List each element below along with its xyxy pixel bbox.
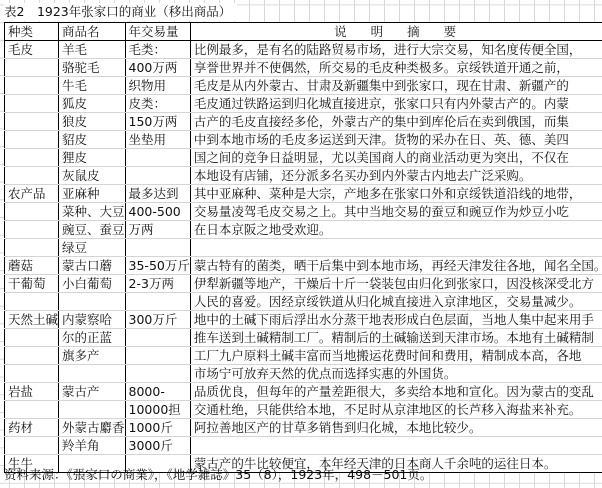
cell-volume: 8000- (125, 383, 190, 401)
cell-product: 外蒙古麝香 (59, 419, 126, 437)
table-row: 10000担交通杜绝，只能供给本地，不足时从京津地区的长芦移入海盐来补充。 (5, 401, 602, 419)
cell-category: 干葡萄 (5, 275, 59, 293)
table-row: 蘑菇蒙古口蘑35-50万斤蒙古特有的菌类，晒干后集中到本地市场，再经天津发往各地… (5, 257, 602, 275)
cell-description: 品质优良，但每年的产量差距很大，多卖给本地和宣化。因为蒙古的变乱 (190, 383, 602, 401)
cell-product (59, 365, 126, 383)
cell-volume (125, 347, 190, 365)
header-product: 商品名 (59, 23, 126, 41)
cell-description (190, 239, 602, 257)
cell-category (5, 167, 59, 185)
cell-product: 小白葡萄 (59, 275, 126, 293)
cell-product: 蒙古产 (59, 383, 126, 401)
cell-product: 尔的正蓝 (59, 329, 126, 347)
table-row: 狸皮国之间的竞争日益明显，尤以美国商人的商业活动更为突出，不仅在 (5, 149, 602, 167)
cell-volume: 织物用 (125, 77, 190, 95)
cell-category: 蘑菇 (5, 257, 59, 275)
cell-volume: 3000斤 (125, 437, 190, 455)
cell-category (5, 77, 59, 95)
cell-category: 药材 (5, 419, 59, 437)
table-title: 表2 1923年张家口的商业（移出商品） (4, 3, 237, 21)
cell-description: 交易量凌驾毛皮交易之上。其中当地交易的蚕豆和豌豆作为炒豆小吃 (190, 203, 602, 221)
cell-volume: 坐垫用 (125, 131, 190, 149)
cell-product: 貂皮 (59, 131, 126, 149)
table-row: 岩盐蒙古产8000-品质优良，但每年的产量差距很大，多卖给本地和宣化。因为蒙古的… (5, 383, 602, 401)
cell-category (5, 203, 59, 221)
cell-volume: 1000斤 (125, 419, 190, 437)
table-row: 天然土碱内蒙察哈300万斤地中的土碱下雨后浮出水分蒸干地表形成白色层面，当地人集… (5, 311, 602, 329)
cell-description: 推车送到土碱精制工厂。精制后的土碱输送到天津市场。本地有土碱精制 (190, 329, 602, 347)
cell-volume: 毛类： (125, 41, 190, 59)
table-row: 人民的喜爱。因经京绥铁道从归化城直接进入京津地区，交易量减少。 (5, 293, 602, 311)
cell-product: 亚麻种 (59, 185, 126, 203)
cell-category (5, 221, 59, 239)
table-row: 貂皮坐垫用中到本地市场的毛皮多运送到天津。货物的采办在日、英、德、美四 (5, 131, 602, 149)
cell-product (59, 401, 126, 419)
table-row: 干葡萄小白葡萄2-3万两伊犁新疆等地产，干燥后十斤一袋装包由归化到张家口，因没核… (5, 275, 602, 293)
cell-description (190, 437, 602, 455)
cell-category (5, 59, 59, 77)
table-row: 骆驼毛400万两享誉世界并不使偶然，所交易的毛皮种类极多。京绥铁道开通之前， (5, 59, 602, 77)
table-row: 狼皮150万两古产的毛皮直接经多伦，外蒙古产的集中到库伦后在卖到俄国，而集 (5, 113, 602, 131)
cell-category: 毛皮 (5, 41, 59, 59)
cell-category (5, 347, 59, 365)
cell-description: 蒙古特有的菌类，晒干后集中到本地市场，再经天津发往各地，闻名全国。 (190, 257, 602, 275)
table-row: 羚羊角3000斤 (5, 437, 602, 455)
cell-volume: 35-50万斤 (125, 257, 190, 275)
cell-product: 羊毛 (59, 41, 126, 59)
cell-description: 市场宁可放弃天然的优点而选择实惠的外国货。 (190, 365, 602, 383)
table-row: 豌豆、蚕豆万两在日本京阪之地受欢迎。 (5, 221, 602, 239)
cell-product: 菜种、大豆 (59, 203, 126, 221)
cell-volume: 万两 (125, 221, 190, 239)
cell-volume: 400万两 (125, 59, 190, 77)
header-category: 种类 (5, 23, 59, 41)
cell-product: 蒙古口蘑 (59, 257, 126, 275)
cell-product: 灰鼠皮 (59, 167, 126, 185)
cell-description: 国之间的竞争日益明显，尤以美国商人的商业活动更为突出，不仅在 (190, 149, 602, 167)
cell-volume (125, 149, 190, 167)
cell-category: 农产品 (5, 185, 59, 203)
cell-product: 狸皮 (59, 149, 126, 167)
cell-category (5, 401, 59, 419)
cell-category (5, 149, 59, 167)
cell-description: 交通杜绝，只能供给本地，不足时从京津地区的长芦移入海盐来补充。 (190, 401, 602, 419)
commerce-table: 种类 商品名 年交易量 说 明 摘 要 毛皮羊毛毛类：比例最多，是有名的陆路贸易… (4, 22, 602, 473)
table-row: 绿豆 (5, 239, 602, 257)
cell-product: 狐皮 (59, 95, 126, 113)
cell-description: 中到本地市场的毛皮多运送到天津。货物的采办在日、英、德、美四 (190, 131, 602, 149)
cell-product: 豌豆、蚕豆 (59, 221, 126, 239)
cell-category (5, 95, 59, 113)
cell-description: 阿拉善地区产的甘草多销售到归化城，本地比较少。 (190, 419, 602, 437)
source-note: 资料来源：《張家口の商業》，《地学雑誌》35（8），1923年，498－501页… (4, 466, 432, 484)
cell-category (5, 131, 59, 149)
cell-volume (125, 167, 190, 185)
table-row: 菜种、大豆400-500交易量凌驾毛皮交易之上。其中当地交易的蚕豆和豌豆作为炒豆… (5, 203, 602, 221)
cell-description: 人民的喜爱。因经京绥铁道从归化城直接进入京津地区，交易量减少。 (190, 293, 602, 311)
cell-product: 牛毛 (59, 77, 126, 95)
cell-volume: 10000担 (125, 401, 190, 419)
table-row: 狐皮皮类：毛皮通过铁路运到归化城直接进京，张家口只有内外蒙古产的。内蒙 (5, 95, 602, 113)
cell-product: 狼皮 (59, 113, 126, 131)
cell-volume (125, 293, 190, 311)
table-row: 毛皮羊毛毛类：比例最多，是有名的陆路贸易市场，进行大宗交易，知名度传便全国， (5, 41, 602, 59)
header-row: 种类 商品名 年交易量 说 明 摘 要 (5, 23, 602, 41)
table-row: 药材外蒙古麝香1000斤阿拉善地区产的甘草多销售到归化城，本地比较少。 (5, 419, 602, 437)
cell-volume (125, 329, 190, 347)
header-description: 说 明 摘 要 (190, 23, 602, 41)
cell-category (5, 113, 59, 131)
cell-volume: 最多达到 (125, 185, 190, 203)
cell-category: 岩盐 (5, 383, 59, 401)
cell-description: 工厂九户原料土碱丰富而当地搬运花费时间和费用，精制成本高，各地 (190, 347, 602, 365)
table-row: 市场宁可放弃天然的优点而选择实惠的外国货。 (5, 365, 602, 383)
cell-category (5, 365, 59, 383)
table-row: 农产品亚麻种最多达到其中亚麻种、菜种是大宗，产地多在张家口外和京绥铁道沿线的地带… (5, 185, 602, 203)
cell-description: 伊犁新疆等地产，干燥后十斤一袋装包由归化到张家口，因没核深受北方 (190, 275, 602, 293)
table-row: 尔的正蓝推车送到土碱精制工厂。精制后的土碱输送到天津市场。本地有土碱精制 (5, 329, 602, 347)
table-row: 灰鼠皮本地设有店铺，还分派多名买办到内外蒙古内地去广泛采购。 (5, 167, 602, 185)
header-volume: 年交易量 (125, 23, 190, 41)
cell-description: 毛皮是从内外蒙古、甘肃及新疆集中到张家口，现在甘肃、新疆产的 (190, 77, 602, 95)
cell-description: 毛皮通过铁路运到归化城直接进京，张家口只有内外蒙古产的。内蒙 (190, 95, 602, 113)
cell-description: 比例最多，是有名的陆路贸易市场，进行大宗交易，知名度传便全国， (190, 41, 602, 59)
cell-product: 骆驼毛 (59, 59, 126, 77)
cell-product: 旗多产 (59, 347, 126, 365)
cell-volume: 150万两 (125, 113, 190, 131)
cell-volume: 300万斤 (125, 311, 190, 329)
cell-description: 在日本京阪之地受欢迎。 (190, 221, 602, 239)
cell-description: 古产的毛皮直接经多伦，外蒙古产的集中到库伦后在卖到俄国，而集 (190, 113, 602, 131)
cell-volume: 400-500 (125, 203, 190, 221)
table-row: 旗多产工厂九户原料土碱丰富而当地搬运花费时间和费用，精制成本高，各地 (5, 347, 602, 365)
table-row: 牛毛织物用毛皮是从内外蒙古、甘肃及新疆集中到张家口，现在甘肃、新疆产的 (5, 77, 602, 95)
cell-product: 绿豆 (59, 239, 126, 257)
cell-category (5, 293, 59, 311)
cell-description: 本地设有店铺，还分派多名买办到内外蒙古内地去广泛采购。 (190, 167, 602, 185)
cell-volume (125, 365, 190, 383)
cell-product: 羚羊角 (59, 437, 126, 455)
cell-category (5, 329, 59, 347)
cell-volume: 皮类： (125, 95, 190, 113)
cell-volume (125, 239, 190, 257)
cell-description: 其中亚麻种、菜种是大宗，产地多在张家口外和京绥铁道沿线的地带， (190, 185, 602, 203)
cell-category (5, 239, 59, 257)
cell-volume: 2-3万两 (125, 275, 190, 293)
cell-product (59, 293, 126, 311)
cell-category: 天然土碱 (5, 311, 59, 329)
cell-category (5, 437, 59, 455)
cell-description: 享誉世界并不使偶然，所交易的毛皮种类极多。京绥铁道开通之前， (190, 59, 602, 77)
cell-description: 地中的土碱下雨后浮出水分蒸干地表形成白色层面，当地人集中起来用手 (190, 311, 602, 329)
cell-product: 内蒙察哈 (59, 311, 126, 329)
